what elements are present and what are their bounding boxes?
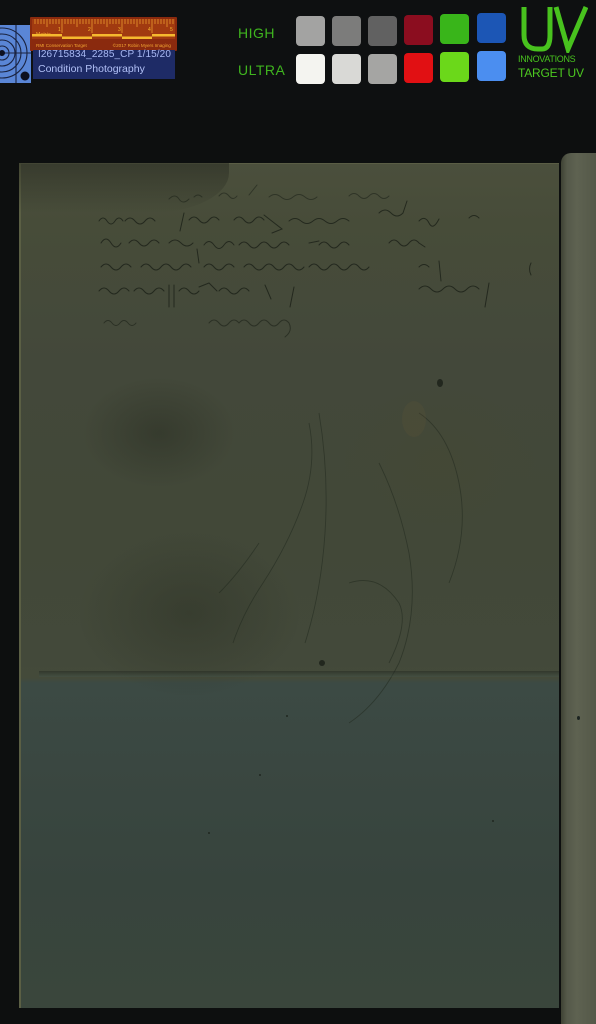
swatch-high-4 [404,15,433,45]
manuscript-page [19,163,559,1008]
calibration-target-strip: 1 2 3 4 5 Metric RMI Conservation Target… [0,0,596,110]
swatch-high-6 [477,13,506,43]
photo-label-card: I26715834_2285_CP 1/15/20 Condition Phot… [33,50,175,79]
photo-id: I26715834_2285_CP 1/15/20 [38,49,171,60]
handwritten-text [19,163,559,1008]
svg-text:1: 1 [58,27,61,33]
scale-ruler: 1 2 3 4 5 Metric RMI Conservation Target… [30,17,177,51]
svg-text:3: 3 [118,27,121,33]
speck-mark [577,716,580,720]
swatch-ultra-4 [404,53,433,83]
swatch-ultra-6 [477,51,506,81]
swatch-ultra-3 [368,54,397,84]
ruler-unit-label: Metric [36,32,51,38]
uv-innovations-logo: INNOVATIONS TARGET UV [518,5,590,85]
swatch-high-3 [368,16,397,46]
logo-target-uv-text: TARGET UV [518,66,584,80]
swatch-ultra-1 [296,54,325,84]
swatch-high-1 [296,16,325,46]
swatch-ultra-5 [440,52,469,82]
svg-text:5: 5 [170,27,173,33]
ruler-credit-right: ©2017 Robin Myers Imaging [113,43,171,48]
svg-text:2: 2 [88,27,91,33]
swatch-high-5 [440,14,469,44]
adjacent-page-edge [561,153,596,1024]
ruler-credit-left: RMI Conservation Target [36,43,87,48]
swatch-high-2 [332,16,361,46]
swatch-ultra-2 [332,54,361,84]
photo-type-title: Condition Photography [38,63,145,75]
logo-innovations-text: INNOVATIONS [518,54,575,64]
row-label-ultra: ULTRA [238,62,285,78]
uv-logo-mark-icon [520,5,588,53]
row-label-high: HIGH [238,25,275,41]
ruler-scale: 1 2 3 4 5 Metric [32,19,175,39]
svg-text:4: 4 [148,27,151,33]
bullseye-target-icon [0,25,31,83]
